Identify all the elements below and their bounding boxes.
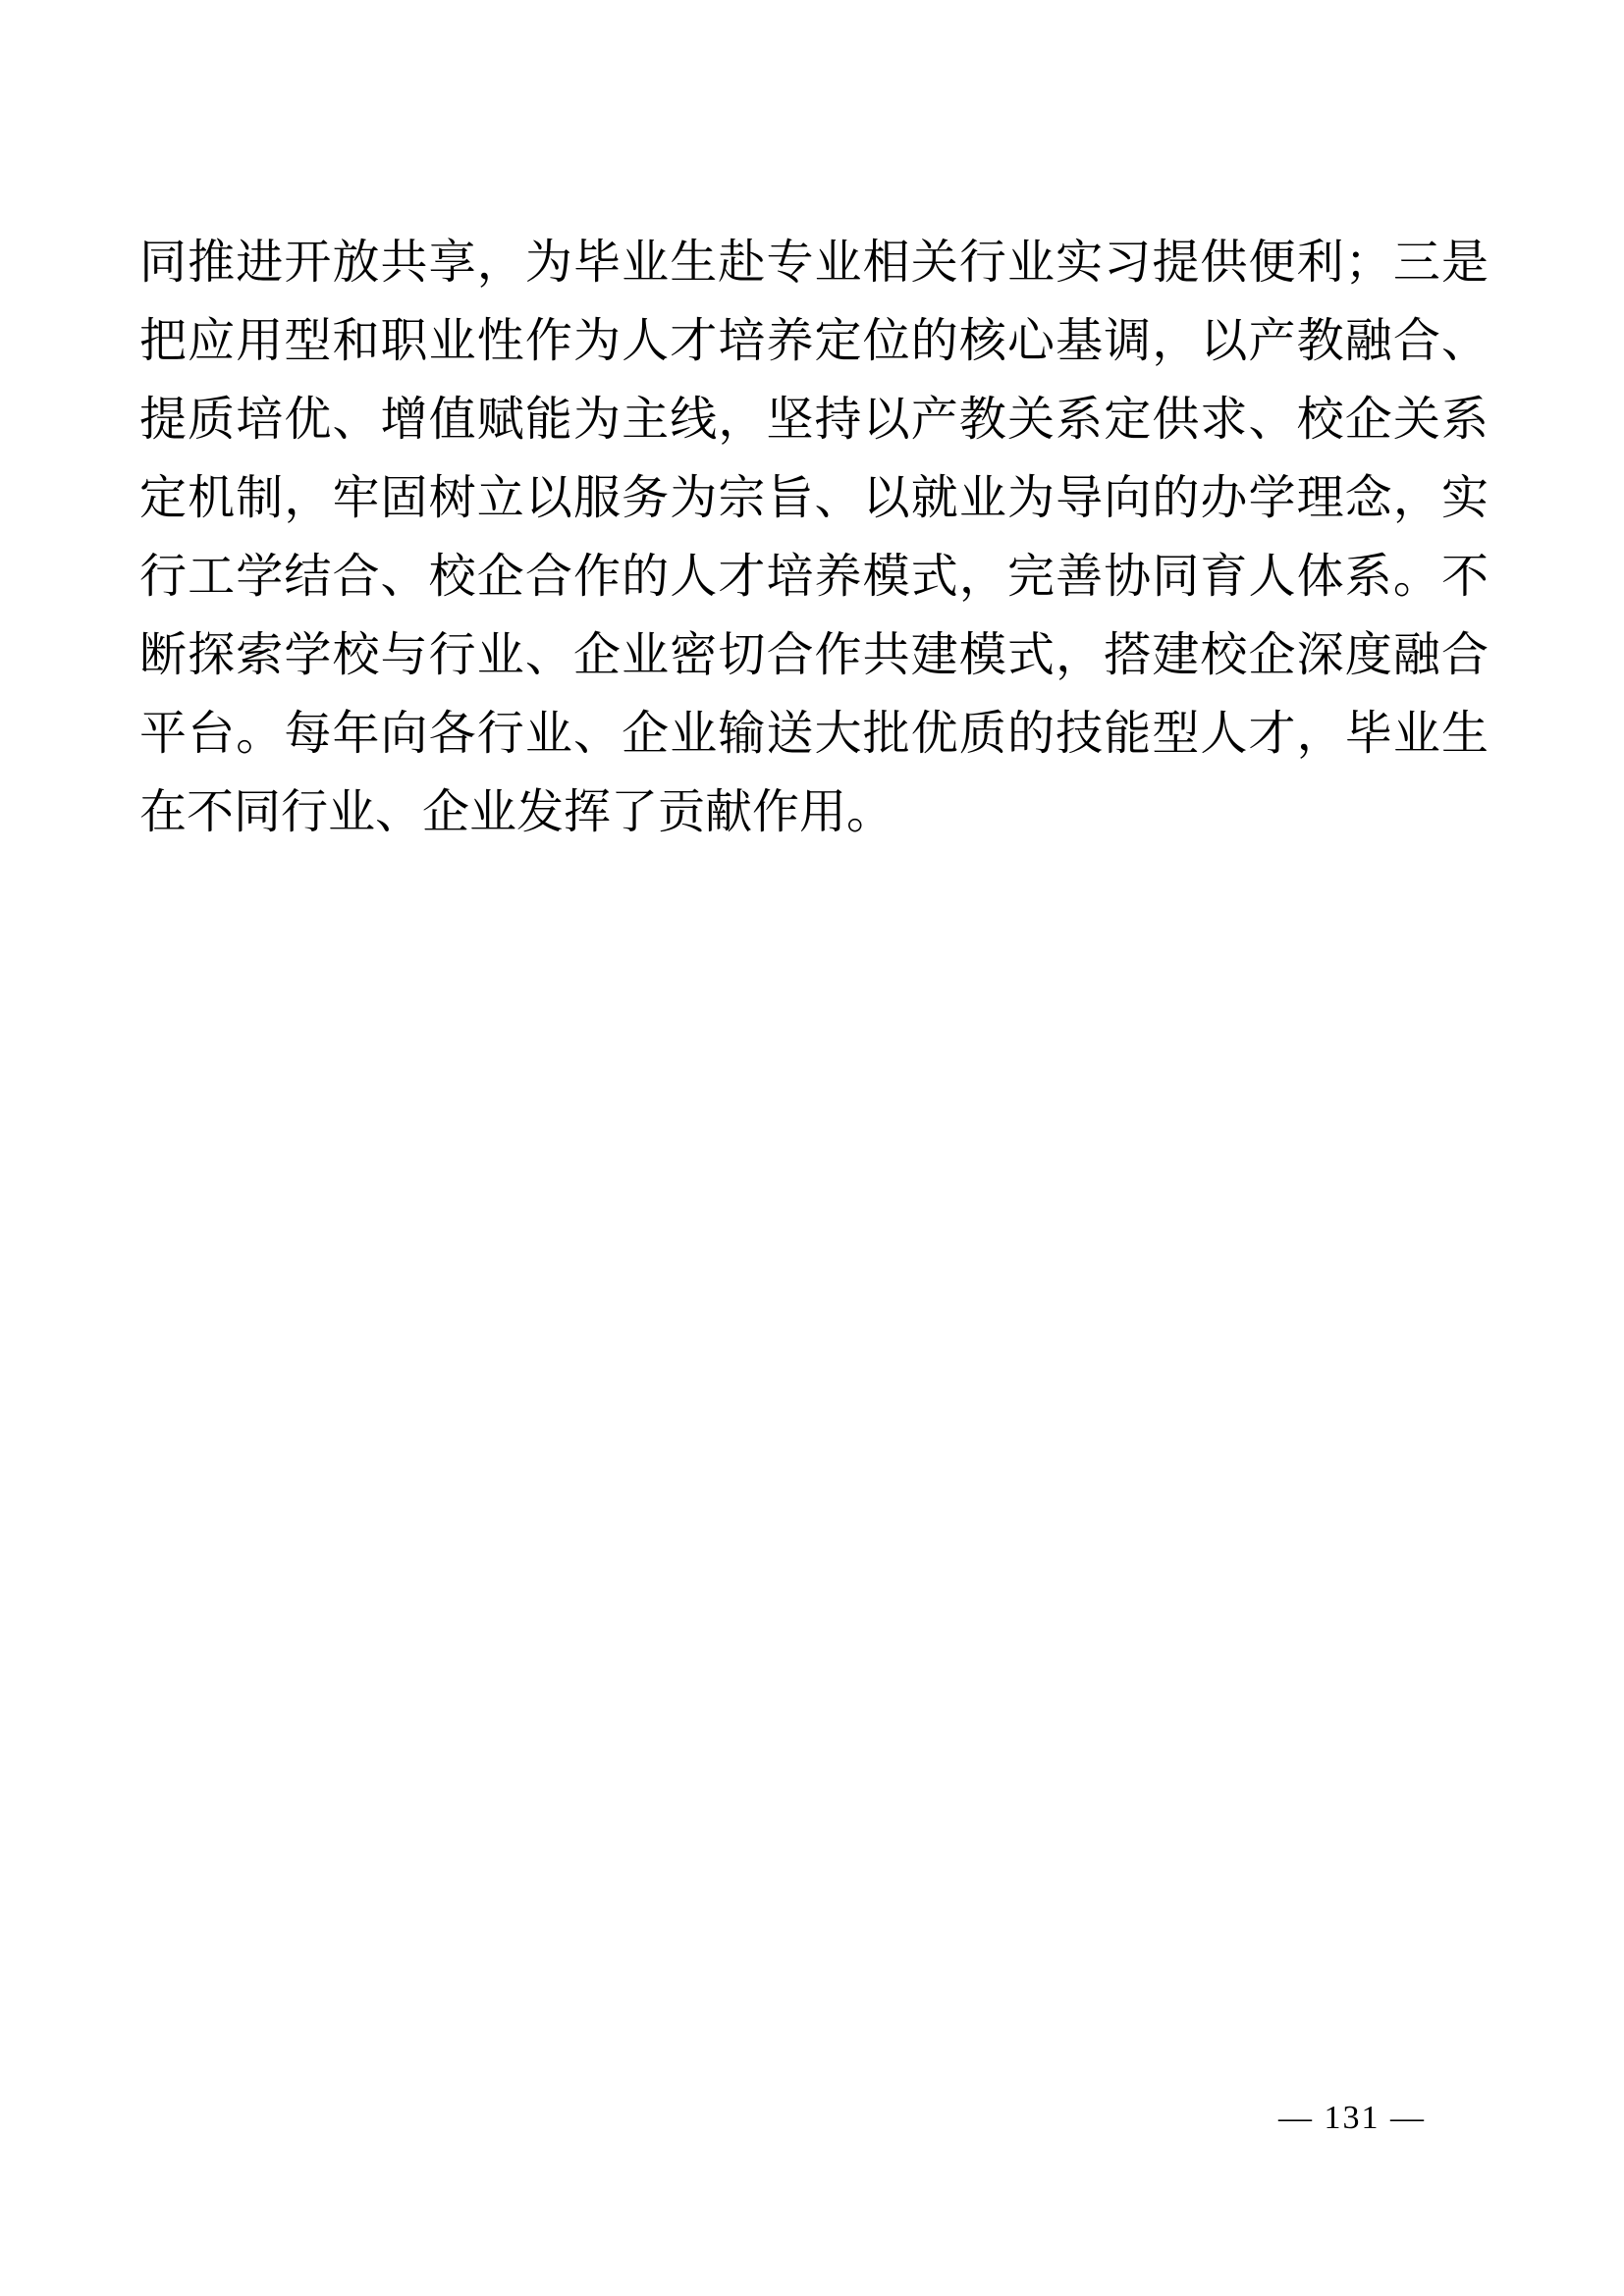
body-text-line: 断探索学校与行业、企业密切合作共建模式，搭建校企深度融合 [139, 616, 1489, 695]
body-text-line: 行工学结合、校企合作的人才培养模式，完善协同育人体系。不 [139, 538, 1489, 616]
body-text-line: 定机制，牢固树立以服务为宗旨、以就业为导向的办学理念，实 [139, 459, 1489, 538]
body-text-line: 平台。每年向各行业、企业输送大批优质的技能型人才，毕业生 [139, 695, 1489, 774]
body-paragraph: 同推进开放共享，为毕业生赴专业相关行业实习提供便利；三是 把应用型和职业性作为人… [139, 224, 1489, 852]
body-text-line: 把应用型和职业性作为人才培养定位的核心基调，以产教融合、 [139, 302, 1489, 381]
body-text-line: 同推进开放共享，为毕业生赴专业相关行业实习提供便利；三是 [139, 224, 1489, 302]
body-text-line: 提质培优、增值赋能为主线，坚持以产教关系定供求、校企关系 [139, 381, 1489, 459]
page-number: — 131 — [1278, 2097, 1426, 2140]
body-text-line: 在不同行业、企业发挥了贡献作用。 [139, 774, 1489, 852]
document-page: 同推进开放共享，为毕业生赴专业相关行业实习提供便利；三是 把应用型和职业性作为人… [0, 0, 1624, 2296]
